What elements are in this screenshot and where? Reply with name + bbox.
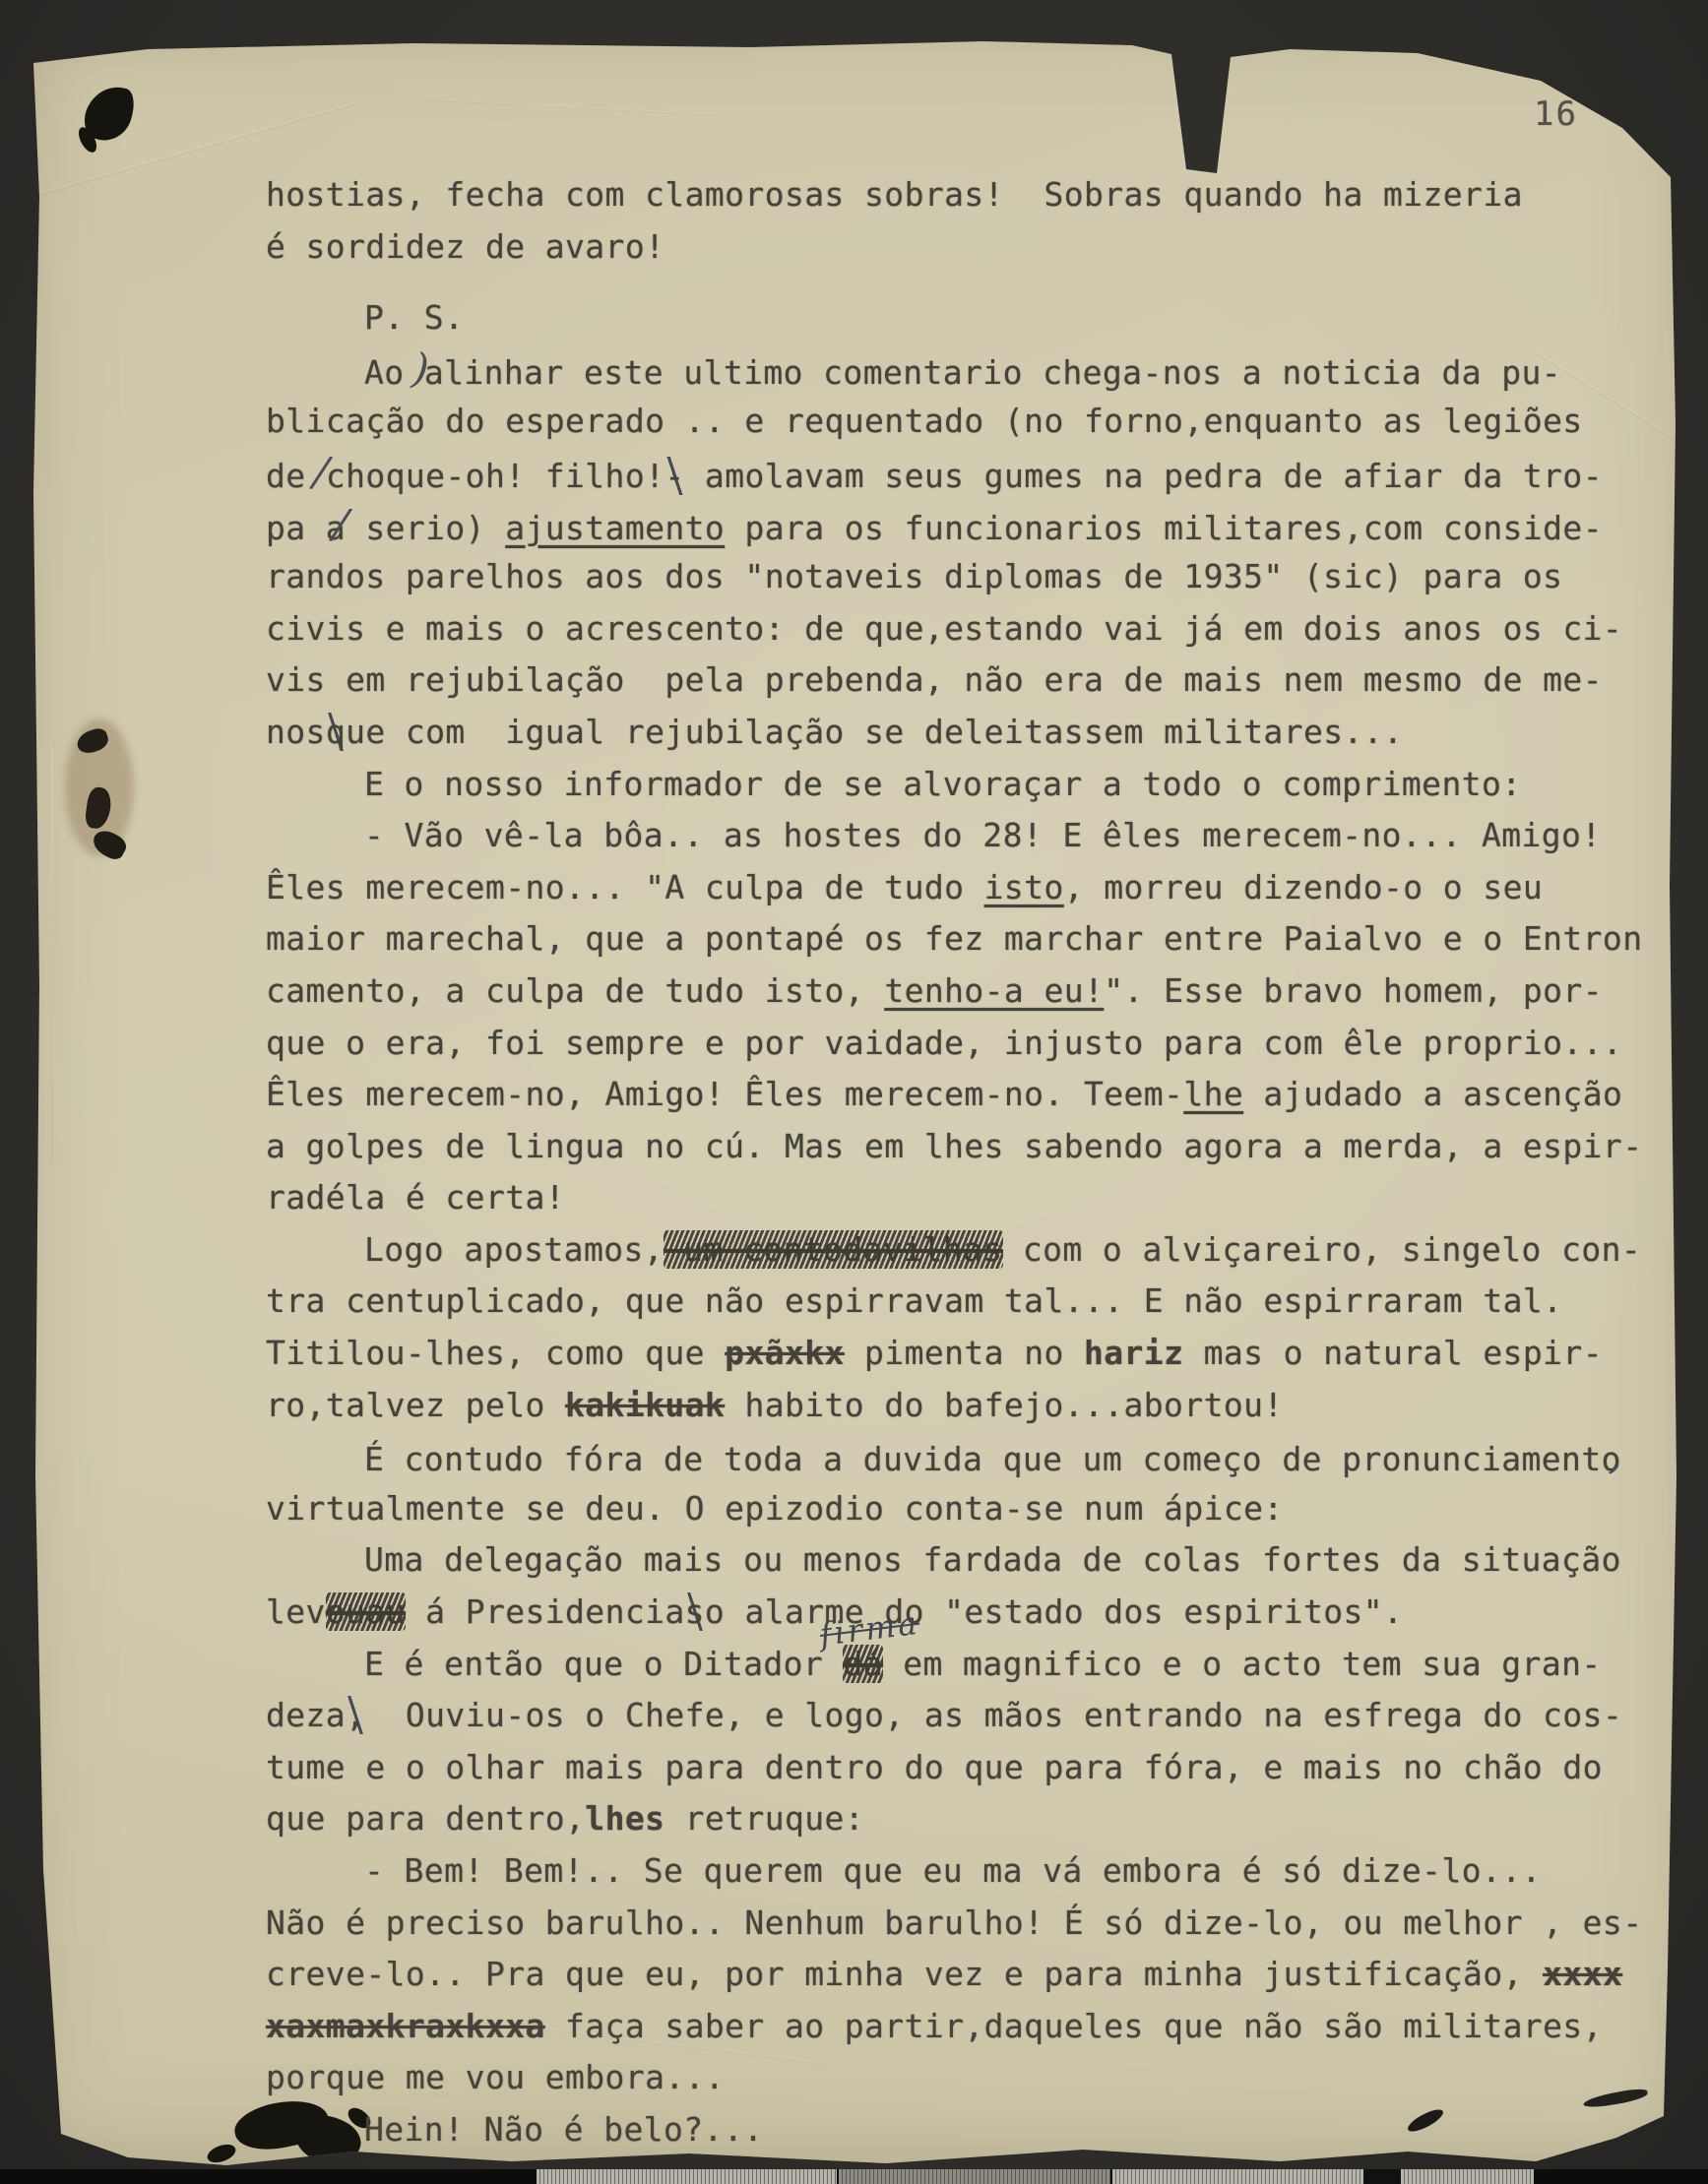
text-line: deza, Ouviu-os o Chefe, e logo, as mãos … bbox=[266, 1690, 1703, 1742]
calibration-segment bbox=[1401, 2169, 1534, 2184]
typed-text: tra centuplicado, que não espirravam tal… bbox=[266, 1281, 1562, 1320]
typed-text: E o nosso informador de se alvoraçar a t… bbox=[364, 765, 1522, 803]
text-line: civis e mais o acrescento: de que,estand… bbox=[266, 603, 1703, 655]
paper-crease bbox=[423, 98, 719, 116]
text-line: porque me vou embora... bbox=[266, 2052, 1703, 2104]
text-line: maior marechal, que a pontapé os fez mar… bbox=[266, 913, 1703, 966]
typed-text: deza bbox=[266, 1696, 346, 1734]
text-line: E é então que o Ditador dáfirma em magni… bbox=[266, 1639, 1703, 1691]
typed-text: kakikuak bbox=[565, 1386, 725, 1424]
typed-text: tenho-a eu! bbox=[884, 971, 1104, 1010]
text-line: pa a/ serio) ajustamento para os funcion… bbox=[266, 500, 1703, 552]
typed-text: á Presidencia bbox=[406, 1592, 685, 1631]
typed-text: Êles merecem-no, Amigo! Êles merecem-no.… bbox=[266, 1075, 1183, 1113]
typed-text: ouau bbox=[326, 1592, 406, 1631]
typed-text: choque-oh! filho! bbox=[326, 457, 665, 495]
typed-text: virtualmente se deu. O epizodio conta-se… bbox=[266, 1489, 1284, 1528]
handwritten-mark: , bbox=[346, 1696, 365, 1734]
typed-text: P. S. bbox=[364, 298, 464, 337]
text-line: xaxmaxkraxkxxa faça saber ao partir,daqu… bbox=[266, 2001, 1703, 2053]
typed-text: amolavam seus gumes na pedra de afiar da… bbox=[685, 457, 1603, 495]
typed-text: hostias, fecha com clamorosas sobras! So… bbox=[266, 175, 1523, 214]
typed-text: ajudado a ascenção bbox=[1243, 1075, 1622, 1113]
typed-text: o alarme do "estado dos espiritos". bbox=[705, 1592, 1403, 1631]
typed-text: em magnifico e o acto tem sua gran- bbox=[883, 1645, 1602, 1683]
text-line: Êles merecem-no, Amigo! Êles merecem-no.… bbox=[266, 1069, 1703, 1121]
typed-text: isto bbox=[984, 868, 1064, 906]
handwritten-mark: q bbox=[326, 713, 346, 751]
typed-text: , morreu dizendo-o o seu bbox=[1064, 868, 1543, 906]
typed-text: nos bbox=[266, 713, 326, 751]
calibration-strip bbox=[0, 2169, 1708, 2184]
text-line: E o nosso informador de se alvoraçar a t… bbox=[266, 759, 1703, 811]
typed-text: alinhar este ultimo comentario chega-nos… bbox=[424, 353, 1561, 392]
typed-text: randos parelhos aos dos "notaveis diplom… bbox=[266, 557, 1562, 595]
typed-text: serio) bbox=[346, 509, 505, 547]
typed-text: faça saber ao partir,daqueles que não sã… bbox=[545, 2007, 1603, 2045]
text-line: radéla é certa! bbox=[266, 1172, 1703, 1224]
typed-text: pxãxkx bbox=[725, 1334, 845, 1372]
typed-text: que o era, foi sempre e por vaidade, inj… bbox=[266, 1024, 1622, 1062]
text-line: P. S. bbox=[266, 292, 1703, 344]
paper-crease bbox=[51, 748, 53, 1161]
text-line: é sordidez de avaro! bbox=[266, 221, 1703, 274]
typed-text: Logo apostamos, bbox=[364, 1230, 664, 1269]
typed-text: creve-lo.. Pra que eu, por minha vez e p… bbox=[266, 1955, 1543, 1993]
typed-text: que para dentro, bbox=[266, 1799, 585, 1838]
typed-text: retruque: bbox=[664, 1799, 864, 1838]
typed-text: E é então que o Ditador bbox=[364, 1645, 843, 1683]
typed-text: tume e o olhar mais para dentro do que p… bbox=[266, 1748, 1603, 1786]
text-line: Uma delegação mais ou menos fardada de c… bbox=[266, 1534, 1703, 1587]
typed-text: ro,talvez pelo bbox=[266, 1386, 565, 1424]
handwritten-mark: - bbox=[664, 457, 684, 495]
text-line: hostias, fecha com clamorosas sobras! So… bbox=[266, 169, 1703, 221]
text-line: Hein! Não é belo?... bbox=[266, 2104, 1703, 2156]
paper-sheet: 16 hostias, fecha com clamorosas sobras!… bbox=[0, 0, 1708, 2184]
text-line: Ao )alinhar este ultimo comentario chega… bbox=[266, 344, 1703, 397]
typed-text: camento, a culpa de tudo isto, bbox=[266, 971, 884, 1010]
text-line: - Vão vê-la bôa.. as hostes do 28! E êle… bbox=[266, 810, 1703, 862]
typed-text: ajustamento bbox=[505, 509, 725, 547]
typed-text: lev bbox=[266, 1592, 326, 1631]
scanned-typewritten-page: { "page": { "number": "16" }, "colors": … bbox=[0, 0, 1708, 2184]
typed-text: para os funcionarios militares,com consi… bbox=[725, 509, 1603, 547]
typed-text: civis e mais o acrescento: de que,estand… bbox=[266, 609, 1622, 648]
text-line: virtualmente se deu. O epizodio conta-se… bbox=[266, 1483, 1703, 1535]
typed-text: vis em rejubilação pela prebenda, não er… bbox=[266, 660, 1603, 699]
text-line: vis em rejubilação pela prebenda, não er… bbox=[266, 655, 1703, 707]
typewritten-lines: hostias, fecha com clamorosas sobras! So… bbox=[266, 169, 1703, 2156]
typed-text: com o alviçareiro, singelo con- bbox=[1003, 1230, 1642, 1269]
text-line: camento, a culpa de tudo isto, tenho-a e… bbox=[266, 966, 1703, 1018]
typed-text: ". Esse bravo homem, por- bbox=[1104, 971, 1603, 1010]
typed-text: - Vão vê-la bôa.. as hostes do 28! E êle… bbox=[364, 816, 1602, 854]
text-line: Titilou-lhes, como que pxãxkx pimenta no… bbox=[266, 1328, 1703, 1380]
text-line: ro,talvez pelo kakikuak habito do bafejo… bbox=[266, 1380, 1703, 1432]
typed-text: xaxmaxkraxkxxa bbox=[266, 2007, 545, 2045]
typed-text: blicação do esperado .. e requentado (no… bbox=[266, 402, 1583, 440]
text-line: randos parelhos aos dos "notaveis diplom… bbox=[266, 551, 1703, 603]
typed-text: Titilou-lhes, como que bbox=[266, 1334, 725, 1372]
typed-text: Não é preciso barulho.. Nenhum barulho! … bbox=[266, 1903, 1642, 1942]
typed-text: é sordidez de avaro! bbox=[266, 227, 664, 266]
typed-text: É contudo fóra de toda a duvida que um c… bbox=[364, 1440, 1621, 1478]
typed-text: radéla é certa! bbox=[266, 1178, 565, 1217]
typed-text: porque me vou embora... bbox=[266, 2058, 725, 2096]
typed-text: pimenta no bbox=[845, 1334, 1084, 1372]
typed-text: ue com igual rejubilação se deleitassem … bbox=[346, 713, 1403, 751]
text-line: levouau á Presidenciaso alarme do "estad… bbox=[266, 1587, 1703, 1639]
text-line: a golpes de lingua no cú. Mas em lhes sa… bbox=[266, 1121, 1703, 1173]
calibration-segment bbox=[1112, 2169, 1363, 2184]
page-number: 16 bbox=[1534, 94, 1578, 134]
typed-text: - Bem! Bem!.. Se querem que eu ma vá emb… bbox=[364, 1851, 1542, 1890]
typed-text: Hein! Não é belo?... bbox=[364, 2110, 763, 2149]
text-line: É contudo fóra de toda a duvida que um c… bbox=[266, 1431, 1703, 1483]
calibration-segment bbox=[537, 2169, 837, 2184]
text-line: tume e o olhar mais para dentro do que p… bbox=[266, 1742, 1703, 1794]
text-line: tra centuplicado, que não espirravam tal… bbox=[266, 1276, 1703, 1328]
calibration-segment bbox=[839, 2169, 1110, 2184]
handwritten-mark: s bbox=[685, 1592, 705, 1631]
calibration-segment bbox=[1363, 2169, 1401, 2184]
text-line: Não é preciso barulho.. Nenhum barulho! … bbox=[266, 1898, 1703, 1950]
typed-text: hariz bbox=[1084, 1334, 1183, 1372]
text-line: Logo apostamos, um contodavilhas com o a… bbox=[266, 1224, 1703, 1277]
ink-blot bbox=[205, 2141, 238, 2165]
text-line: blicação do esperado .. e requentado (no… bbox=[266, 396, 1703, 448]
typed-text: xxxx bbox=[1543, 1955, 1622, 1993]
typed-text: Uma delegação mais ou menos fardada de c… bbox=[364, 1540, 1621, 1579]
text-line: creve-lo.. Pra que eu, por minha vez e p… bbox=[266, 1949, 1703, 2001]
typed-text: lhes bbox=[585, 1799, 664, 1838]
text-line: que o era, foi sempre e por vaidade, inj… bbox=[266, 1018, 1703, 1070]
text-line: Êles merecem-no... "A culpa de tudo isto… bbox=[266, 862, 1703, 914]
typed-text: Ouviu-os o Chefe, e logo, as mãos entran… bbox=[365, 1696, 1622, 1734]
text-line: - Bem! Bem!.. Se querem que eu ma vá emb… bbox=[266, 1845, 1703, 1898]
text-line: nosque com igual rejubilação se deleitas… bbox=[266, 707, 1703, 759]
text-line: de /choque-oh! filho!- amolavam seus gum… bbox=[266, 448, 1703, 500]
typed-text: um contodavilhas bbox=[664, 1230, 1003, 1269]
typed-text: habito do bafejo...abortou! bbox=[725, 1386, 1284, 1424]
typed-text: lhe bbox=[1183, 1075, 1243, 1113]
text-line: que para dentro,lhes retruque: bbox=[266, 1793, 1703, 1845]
typed-text: a golpes de lingua no cú. Mas em lhes sa… bbox=[266, 1127, 1642, 1165]
typed-text: mas o natural espir- bbox=[1183, 1334, 1603, 1372]
typed-text: maior marechal, que a pontapé os fez mar… bbox=[266, 919, 1642, 958]
typed-text: Êles merecem-no... "A culpa de tudo bbox=[266, 868, 984, 906]
